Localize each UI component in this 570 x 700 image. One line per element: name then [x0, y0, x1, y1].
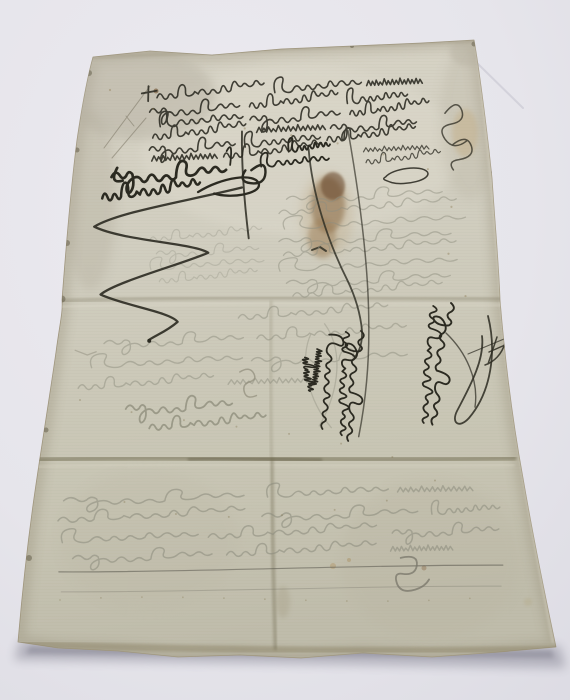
stain-smudge: [276, 586, 290, 618]
stain-dot: [347, 558, 351, 562]
photo: [0, 0, 570, 700]
mottling: [60, 470, 240, 610]
stain-tan-right: [452, 109, 478, 157]
stain-dot: [330, 563, 336, 569]
stain-dot: [524, 598, 532, 606]
stain-blob: [308, 218, 336, 258]
fold-crease-dark: [190, 458, 320, 460]
stain-blob: [321, 172, 345, 200]
mottling: [340, 480, 520, 640]
edge-chip: [26, 555, 32, 561]
